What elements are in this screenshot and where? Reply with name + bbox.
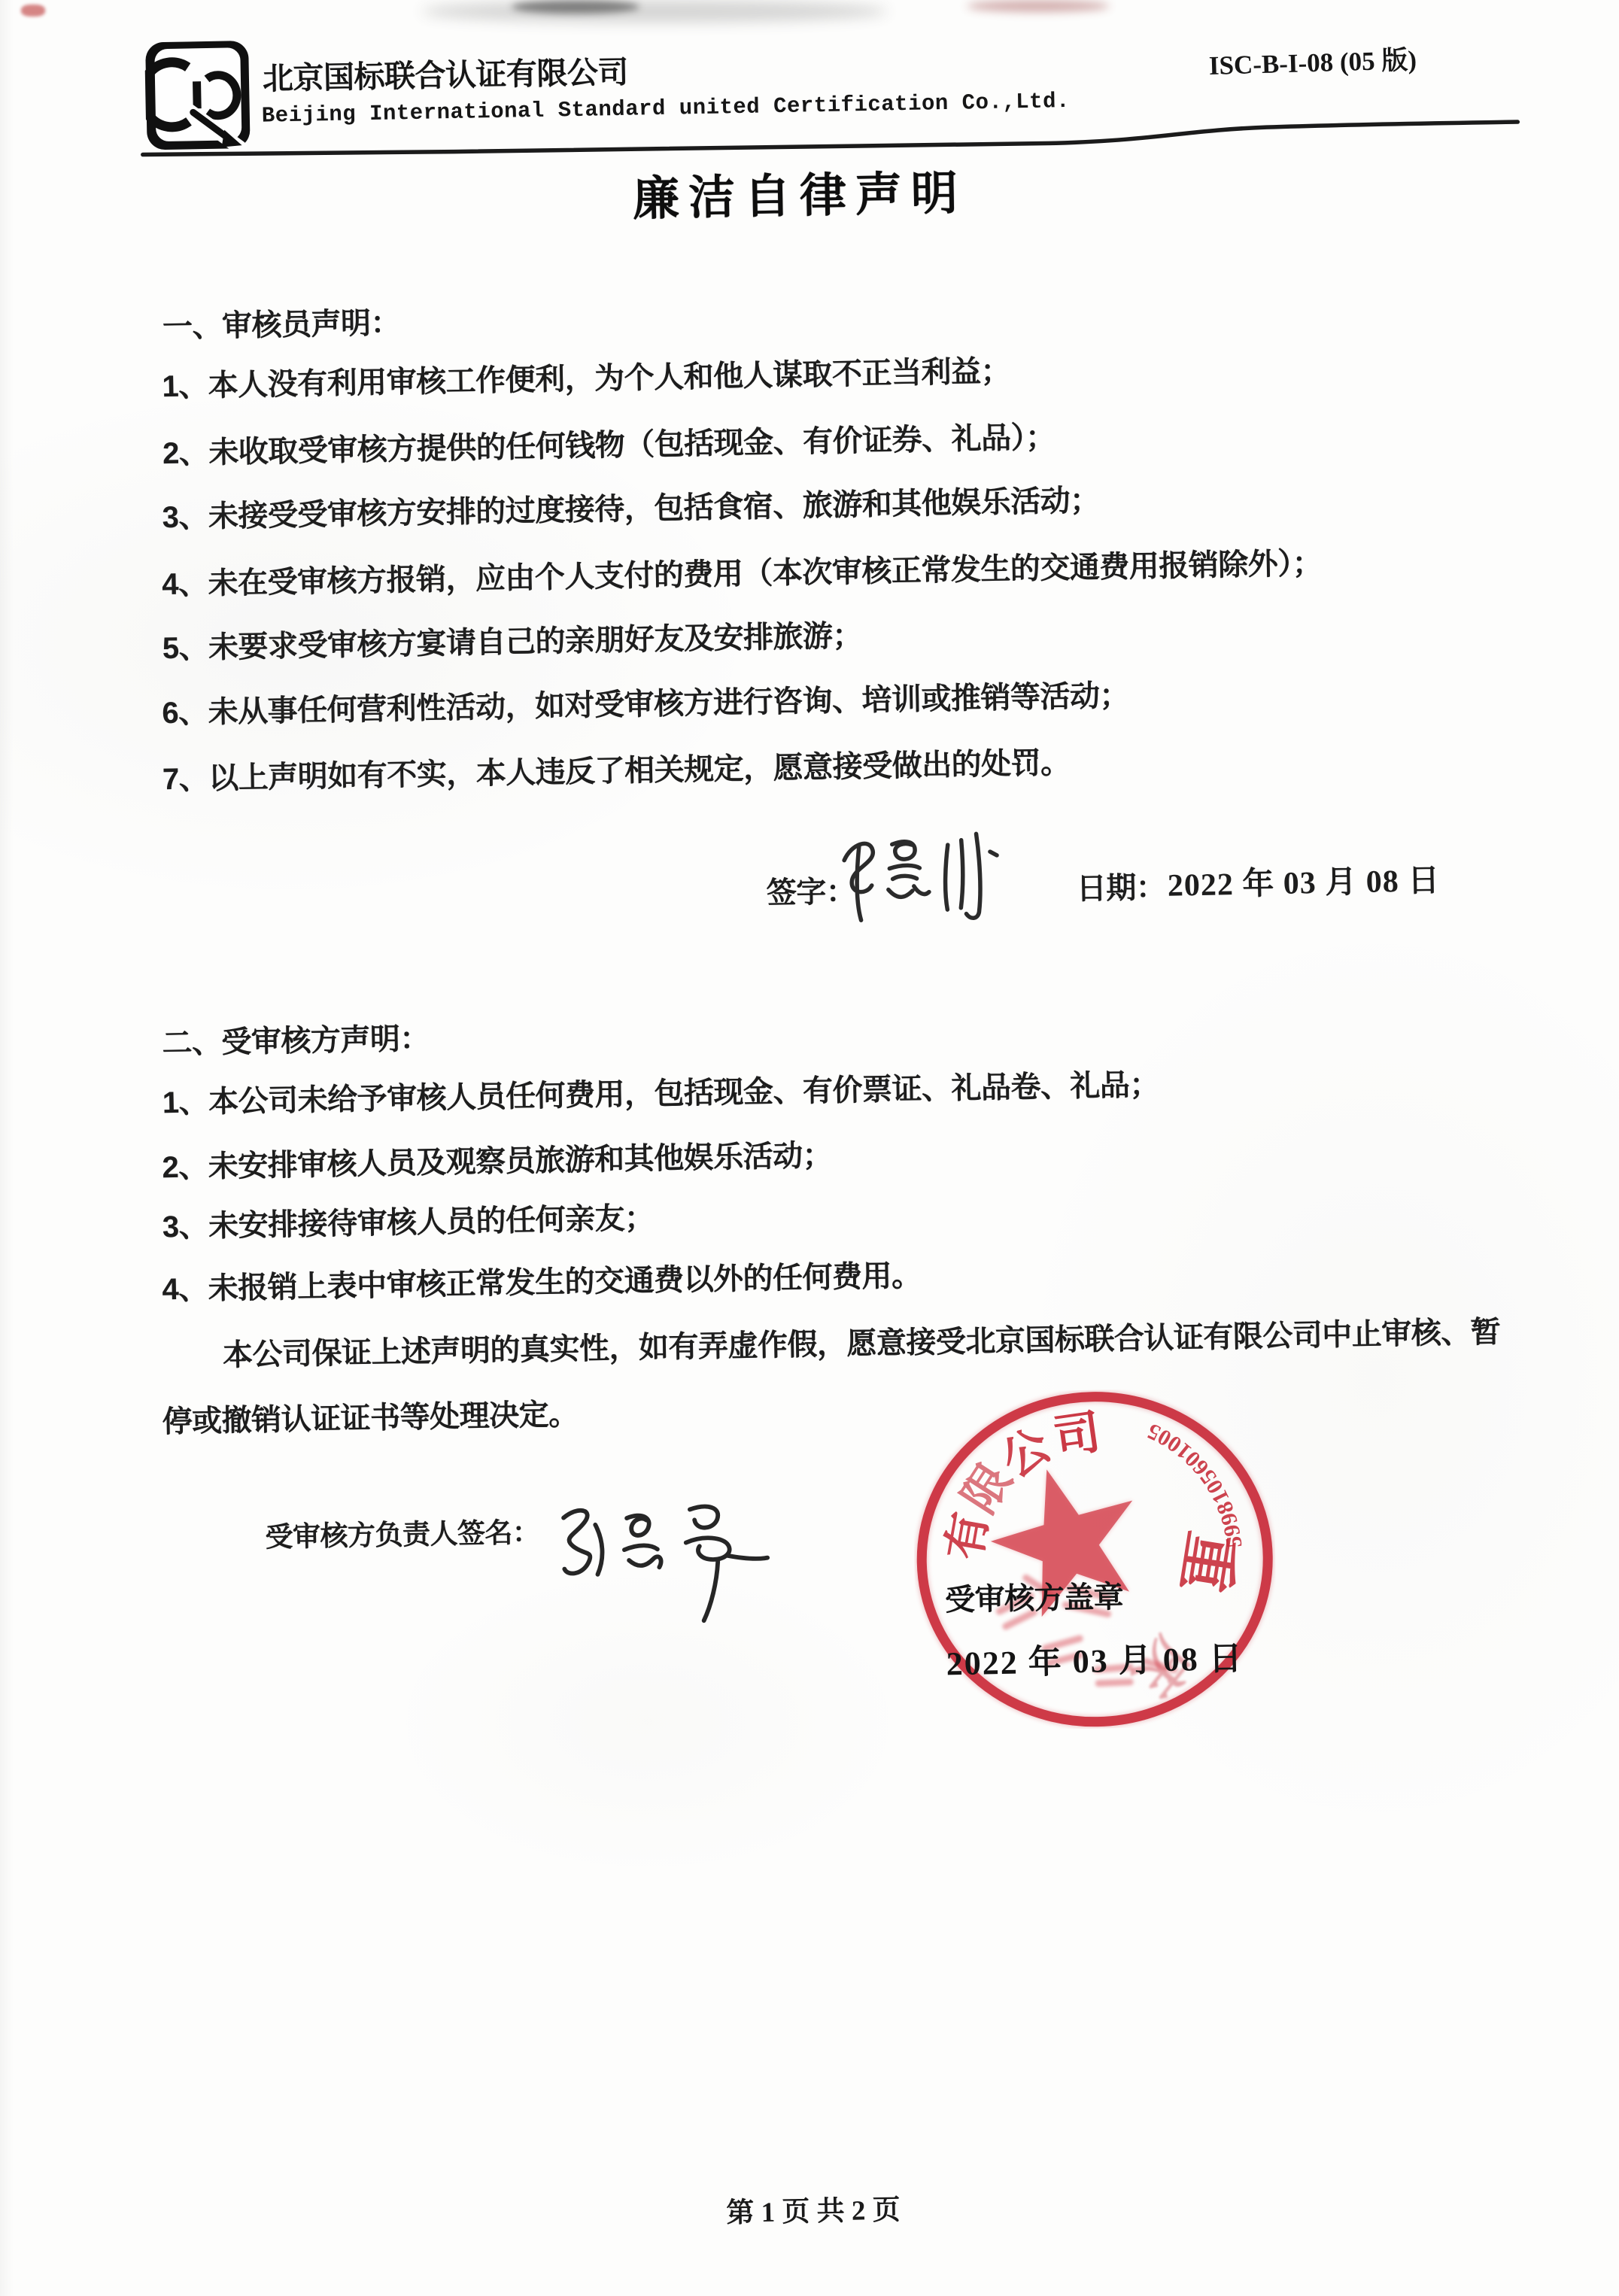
auditor-item-3: 3、未接受受审核方安排的过度接待，包括食宿、旅游和其他娱乐活动； xyxy=(162,476,1100,536)
auditor-item-6: 6、未从事任何营利性活动，如对受审核方进行咨询、培训或推销等活动； xyxy=(162,672,1130,733)
responsible-signature xyxy=(546,1487,774,1634)
pledge-line-2: 停或撤销认证证书等处理决定。 xyxy=(162,1390,579,1441)
auditee-item-1: 1、本公司未给予审核人员任何费用，包括现金、有价票证、礼品卷、礼品； xyxy=(162,1061,1159,1122)
auditee-item-3: 3、未安排接待审核人员的任何亲友； xyxy=(162,1194,655,1246)
auditor-signature xyxy=(833,826,1011,931)
auditor-item-2: 2、未收取受审核方提供的任何钱物（包括现金、有价证券、礼品）； xyxy=(163,413,1056,472)
pledge-line-1: 本公司保证上述声明的真实性，如有弄虚作假，愿意接受北京国标联合认证有限公司中止审… xyxy=(222,1308,1500,1374)
stamp-date: 2022 年 03 月 08 日 xyxy=(946,1631,1244,1684)
auditor-date-value: 2022 年 03 月 08 日 xyxy=(1167,855,1441,906)
auditor-item-7: 7、以上声明如有不实，本人违反了相关规定，愿意接受做出的处罚。 xyxy=(162,739,1071,798)
auditor-item-1: 1、本人没有利用审核工作便利，为个人和他人谋取不正当利益； xyxy=(162,347,1011,405)
responsible-sign-label: 受审核方负责人签名： xyxy=(265,1509,540,1555)
auditor-item-4: 4、未在受审核方报销，应由个人支付的费用（本次审核正常发生的交通费用报销除外）； xyxy=(162,539,1323,603)
document-content: 北京国标联合认证有限公司 Beijing International Stand… xyxy=(0,0,1619,2295)
auditee-item-4: 4、未报销上表中审核正常发生的交通费以外的任何费用。 xyxy=(162,1252,922,1308)
auditor-section-heading: 一、审核员声明： xyxy=(162,299,400,346)
auditee-section-heading: 二、受审核方声明： xyxy=(162,1015,430,1063)
auditee-item-2: 2、未安排审核人员及观察员旅游和其他娱乐活动； xyxy=(162,1131,833,1186)
auditor-date-label: 日期： xyxy=(1076,864,1166,908)
page-number-footer: 第 1 页 共 2 页 xyxy=(663,2185,964,2231)
auditor-item-5: 5、未要求受审核方宴请自己的亲朋好友及安排旅游； xyxy=(162,612,862,667)
scanned-document-page: 北京国标联合认证有限公司 Beijing International Stand… xyxy=(0,0,1619,2296)
stamp-caption: 受审核方盖章 xyxy=(945,1573,1124,1619)
svg-text:司: 司 xyxy=(1050,1406,1104,1464)
